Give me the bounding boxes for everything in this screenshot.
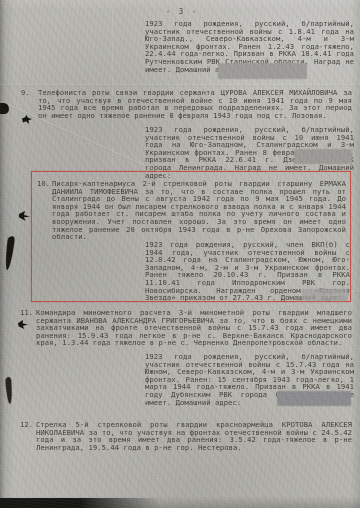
item10-number: 10.	[37, 180, 50, 188]
scan-edge-shadow	[0, 498, 160, 508]
redaction-box	[277, 391, 351, 406]
page-number: - 3 -	[150, 7, 214, 16]
ink-blot-left-edge	[0, 103, 9, 114]
ink-stroke-margin	[4, 236, 15, 271]
ink-stroke-margin	[5, 377, 13, 404]
ink-mark-item10	[19, 211, 30, 221]
item12-number: 12.	[20, 421, 33, 429]
item11-body-text: Командира минометного расчета 3-й миноме…	[36, 309, 352, 347]
redaction-box	[302, 289, 348, 301]
item10-body-text: Писаря-каптенармуса 2-й стрелковой роты …	[52, 180, 346, 241]
item9-body-text: Телефониста роты связи гвардии сержанта …	[38, 89, 352, 119]
item9-number: 9.	[21, 89, 30, 97]
ink-mark-item11	[18, 320, 28, 329]
item12-body-text: Стрелка 5-й стрелковой роты гвардии крас…	[36, 421, 352, 451]
scanned-document-page: - 3 - 1923 года рождения, русский, б/пар…	[0, 0, 360, 508]
redaction-box	[218, 63, 307, 79]
ink-mark-item9	[22, 115, 32, 124]
paper-crease	[0, 84, 360, 85]
item11-number: 11.	[20, 309, 33, 317]
redaction-box	[294, 149, 352, 164]
